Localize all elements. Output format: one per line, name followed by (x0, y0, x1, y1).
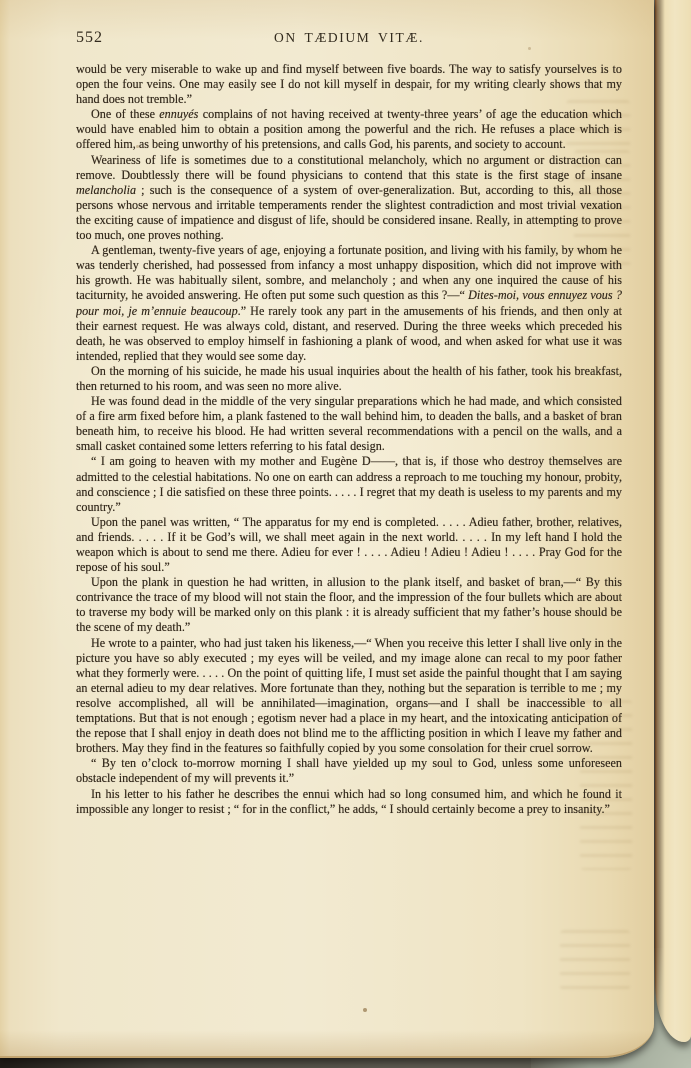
running-title: ON TÆDIUM VITÆ. (76, 30, 622, 46)
text-segment: Upon the plank in question he had writte… (76, 575, 622, 634)
next-page-edge (655, 0, 691, 1042)
paragraph: He was found dead in the middle of the v… (76, 394, 622, 454)
text-segment: One of these (91, 107, 159, 121)
page-header: 552 ON TÆDIUM VITÆ. (76, 27, 622, 49)
text-segment: Upon the panel was written, “ The appara… (76, 515, 622, 574)
paragraph: Upon the panel was written, “ The appara… (76, 515, 622, 575)
book-page: 552 ON TÆDIUM VITÆ. would be very misera… (0, 0, 654, 1058)
text-segment: would be very miserable to wake up and f… (76, 62, 622, 106)
text-segment: “ I am going to heaven with my mother an… (76, 454, 622, 513)
paragraph: “ I am going to heaven with my mother an… (76, 454, 622, 514)
text-segment: “ By ten o’clock to-morrow morning I sha… (76, 756, 622, 785)
paragraph: Weariness of life is sometimes due to a … (76, 153, 622, 244)
book-photo: 552 ON TÆDIUM VITÆ. would be very misera… (0, 0, 691, 1068)
text-segment: In his letter to his father he describes… (76, 787, 622, 816)
paragraph: In his letter to his father he describes… (76, 787, 622, 817)
paragraph: A gentleman, twenty-five years of age, e… (76, 243, 622, 364)
paragraph: He wrote to a painter, who had just take… (76, 636, 622, 757)
paragraph: “ By ten o’clock to-morrow morning I sha… (76, 756, 622, 786)
text-segment: Weariness of life is sometimes due to a … (76, 153, 622, 182)
text-segment: On the morning of his suicide, he made h… (76, 364, 622, 393)
text-segment: He was found dead in the middle of the v… (76, 394, 622, 453)
paragraph: would be very miserable to wake up and f… (76, 62, 622, 107)
italic-text-segment: ennuyés (159, 107, 198, 121)
italic-text-segment: melancholia (76, 183, 136, 197)
text-segment: ; such is the consequence of a system of… (76, 183, 622, 242)
paragraph: Upon the plank in question he had writte… (76, 575, 622, 635)
paragraph: One of these ennuyés complains of not ha… (76, 107, 622, 152)
paragraph: On the morning of his suicide, he made h… (76, 364, 622, 394)
text-block: would be very miserable to wake up and f… (76, 62, 622, 1022)
text-segment: He wrote to a painter, who had just take… (76, 636, 622, 756)
